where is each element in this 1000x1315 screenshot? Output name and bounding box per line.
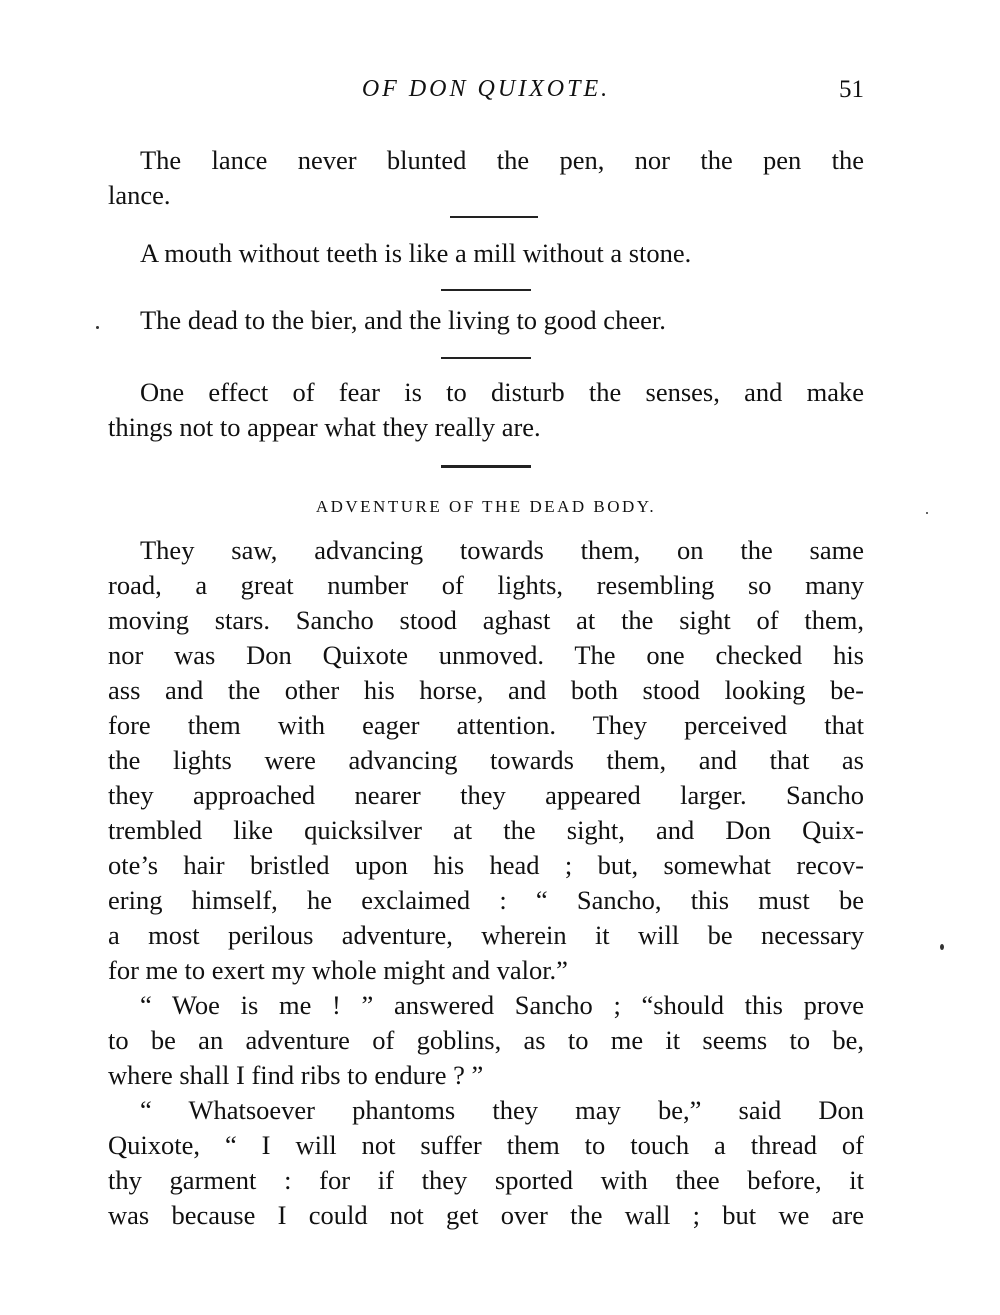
section-separator-rule [441,465,531,468]
body-line: trembled like quicksilver at the sight, … [108,813,864,847]
body-line: where shall I find ribs to endure ? ” [108,1058,864,1092]
book-page: OF DON QUIXOTE. 51 The lance never blunt… [0,0,1000,1315]
body-line: ote’s hair bristled upon his head ; but,… [108,848,864,882]
proverb-2: A mouth without teeth is like a mill wit… [108,236,864,270]
body-line: thy garment : for if they sported with t… [108,1163,864,1197]
proverb-1-line-1: The lance never blunted the pen, nor the… [108,143,864,177]
body-line: They saw, advancing towards them, on the… [108,533,864,567]
body-line: fore them with eager attention. They per… [108,708,864,742]
body-line: ass and the other his horse, and both st… [108,673,864,707]
body-line: they approached nearer they appeared lar… [108,778,864,812]
body-line: moving stars. Sancho stood aghast at the… [108,603,864,637]
body-line: road, a great number of lights, resembli… [108,568,864,602]
body-line: “ Whatsoever phantoms they may be,” said… [108,1093,864,1127]
proverb-3: The dead to the bier, and the living to … [108,303,864,337]
body-line: “ Woe is me ! ” answered Sancho ; “shoul… [108,988,864,1022]
separator-rule [441,289,531,291]
body-line: to be an adventure of goblins, as to me … [108,1023,864,1057]
section-heading: ADVENTURE OF THE DEAD BODY. [108,497,864,517]
body-line: the lights were advancing towards them, … [108,743,864,777]
proverb-4-line-1: One effect of fear is to disturb the sen… [108,375,864,409]
running-title: OF DON QUIXOTE. [108,76,864,103]
running-head: OF DON QUIXOTE. 51 [108,76,864,110]
body-line: a most perilous adventure, wherein it wi… [108,918,864,952]
body-line: Quixote, “ I will not suffer them to tou… [108,1128,864,1162]
separator-rule [450,216,538,218]
scan-speck [926,512,928,514]
body-line: nor was Don Quixote unmoved. The one che… [108,638,864,672]
proverb-4-line-2: things not to appear what they really ar… [108,410,864,444]
body-line: for me to exert my whole might and valor… [108,953,864,987]
scan-speck [96,326,99,329]
page-number: 51 [839,76,864,104]
scan-speck [940,944,944,950]
body-line: ering himself, he exclaimed : “ Sancho, … [108,883,864,917]
body-line: was because I could not get over the wal… [108,1198,864,1232]
proverb-1-line-2: lance. [108,178,864,212]
separator-rule [441,357,531,359]
